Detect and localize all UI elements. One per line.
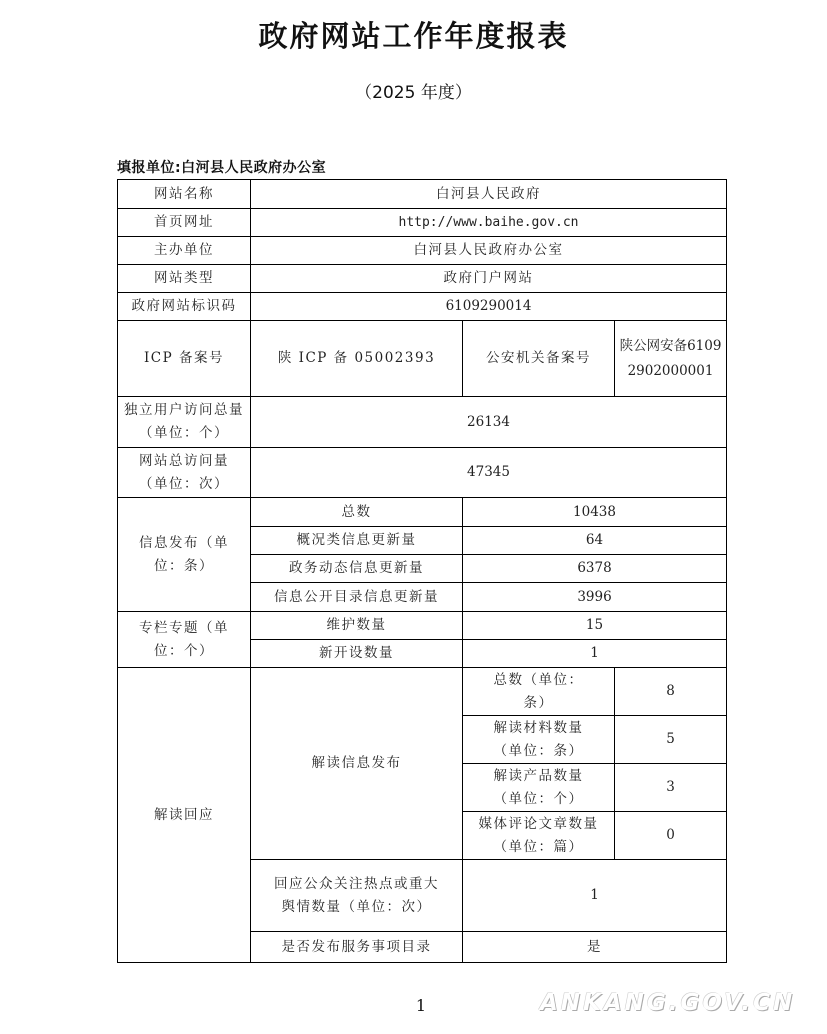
site-id-value: 6109290014: [251, 293, 727, 321]
police-record-label: 公安机关备案号: [463, 321, 615, 397]
interpretation-row-value: 8: [615, 668, 727, 716]
interpretation-row-label: 解读产品数量（单位：个）: [463, 764, 615, 812]
columns-row-value: 15: [463, 612, 727, 640]
table-row: 网站总访问量（单位：次） 47345: [118, 448, 727, 498]
total-visits-value: 47345: [251, 448, 727, 498]
response-label: 回应公众关注热点或重大舆情数量（单位：次）: [251, 860, 463, 932]
table-row: 网站名称 白河县人民政府: [118, 180, 727, 209]
unique-visitors-value: 26134: [251, 397, 727, 448]
info-release-row-label: 政务动态信息更新量: [251, 555, 463, 583]
site-type-value: 政府门户网站: [251, 265, 727, 293]
sponsor-label: 主办单位: [118, 237, 251, 265]
icp-label: ICP 备案号: [118, 321, 251, 397]
unique-visitors-label: 独立用户访问总量（单位：个）: [118, 397, 251, 448]
table-row: 政府网站标识码 6109290014: [118, 293, 727, 321]
table-row: 网站类型 政府门户网站: [118, 265, 727, 293]
table-row: 信息发布（单位：条） 总数 10438: [118, 498, 727, 527]
info-release-row-value: 6378: [463, 555, 727, 583]
site-watermark: ANKANG.GOV.CN: [540, 990, 795, 1016]
service-catalog-value: 是: [463, 932, 727, 963]
columns-row-label: 新开设数量: [251, 640, 463, 668]
info-release-row-label: 概况类信息更新量: [251, 527, 463, 555]
table-row: 主办单位 白河县人民政府办公室: [118, 237, 727, 265]
report-table: 网站名称 白河县人民政府 首页网址 http://www.baihe.gov.c…: [117, 179, 727, 963]
site-name-label: 网站名称: [118, 180, 251, 209]
interpretation-row-value: 3: [615, 764, 727, 812]
response-value: 1: [463, 860, 727, 932]
interpretation-sub-label: 解读信息发布: [251, 668, 463, 860]
info-release-row-label: 信息公开目录信息更新量: [251, 583, 463, 612]
table-row: 解读回应 解读信息发布 总数（单位：条） 8: [118, 668, 727, 716]
homepage-url-label: 首页网址: [118, 209, 251, 237]
columns-row-label: 维护数量: [251, 612, 463, 640]
interpretation-row-value: 0: [615, 812, 727, 860]
columns-row-value: 1: [463, 640, 727, 668]
table-row: 专栏专题（单位：个） 维护数量 15: [118, 612, 727, 640]
homepage-url-value: http://www.baihe.gov.cn: [251, 209, 727, 237]
report-title: 政府网站工作年度报表: [0, 14, 827, 55]
info-release-row-value: 64: [463, 527, 727, 555]
report-year: （2025 年度）: [0, 78, 827, 103]
table-row: 独立用户访问总量（单位：个） 26134: [118, 397, 727, 448]
icp-value: 陕 ICP 备 05002393: [251, 321, 463, 397]
sponsor-value: 白河县人民政府办公室: [251, 237, 727, 265]
table-row: ICP 备案号 陕 ICP 备 05002393 公安机关备案号 陕公网安备61…: [118, 321, 727, 397]
interpretation-row-label: 解读材料数量（单位：条）: [463, 716, 615, 764]
info-release-row-label: 总数: [251, 498, 463, 527]
interpretation-label: 解读回应: [118, 668, 251, 963]
interpretation-row-label: 媒体评论文章数量（单位：篇）: [463, 812, 615, 860]
total-visits-label: 网站总访问量（单位：次）: [118, 448, 251, 498]
service-catalog-label: 是否发布服务事项目录: [251, 932, 463, 963]
site-id-label: 政府网站标识码: [118, 293, 251, 321]
site-name-value: 白河县人民政府: [251, 180, 727, 209]
reporting-unit: 填报单位:白河县人民政府办公室: [117, 157, 326, 177]
interpretation-row-label: 总数（单位：条）: [463, 668, 615, 716]
columns-label: 专栏专题（单位：个）: [118, 612, 251, 668]
info-release-row-value: 10438: [463, 498, 727, 527]
table-row: 首页网址 http://www.baihe.gov.cn: [118, 209, 727, 237]
info-release-row-value: 3996: [463, 583, 727, 612]
info-release-label: 信息发布（单位：条）: [118, 498, 251, 612]
interpretation-row-value: 5: [615, 716, 727, 764]
police-record-value: 陕公网安备61092902000001: [615, 321, 727, 397]
site-type-label: 网站类型: [118, 265, 251, 293]
